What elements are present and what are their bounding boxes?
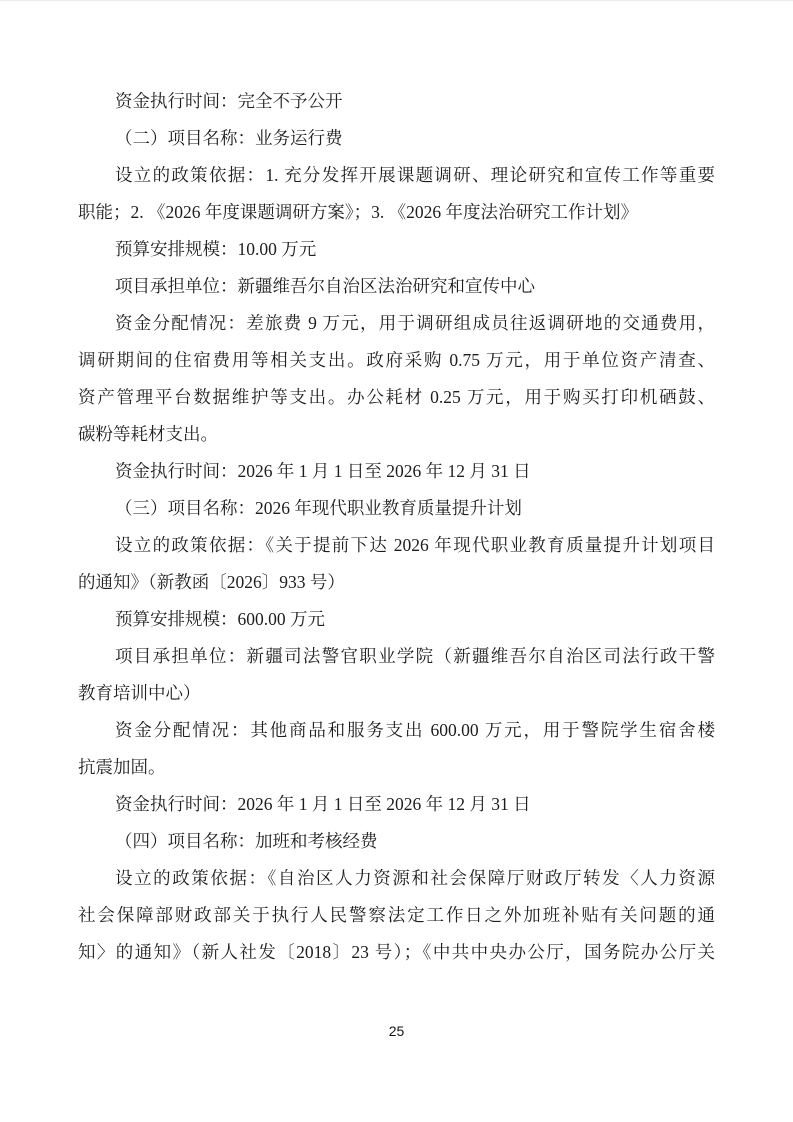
text-line: 的通知》（新教函〔2026〕933 号） xyxy=(78,564,715,601)
text-line: （三）项目名称：2026 年现代职业教育质量提升计划 xyxy=(78,490,715,527)
text-line: 预算安排规模：10.00 万元 xyxy=(78,231,715,268)
document-page: 资金执行时间：完全不予公开（二）项目名称：业务运行费设立的政策依据：1. 充分发… xyxy=(0,0,793,1122)
text-line: 教育培训中心） xyxy=(78,675,715,712)
text-line: 资金分配情况：其他商品和服务支出 600.00 万元，用于警院学生宿舍楼 xyxy=(78,712,715,749)
text-line: 资产管理平台数据维护等支出。办公耗材 0.25 万元，用于购买打印机硒鼓、 xyxy=(78,379,715,416)
text-line: 职能；2. 《2026 年度课题调研方案》；3. 《2026 年度法治研究工作计… xyxy=(78,194,715,231)
text-line: 设立的政策依据：1. 充分发挥开展课题调研、理论研究和宣传工作等重要 xyxy=(78,157,715,194)
text-line: 项目承担单位：新疆司法警官职业学院（新疆维吾尔自治区司法行政干警 xyxy=(78,638,715,675)
text-line: 预算安排规模：600.00 万元 xyxy=(78,601,715,638)
text-line: 资金执行时间：2026 年 1 月 1 日至 2026 年 12 月 31 日 xyxy=(78,453,715,490)
text-line: 设立的政策依据：《关于提前下达 2026 年现代职业教育质量提升计划项目 xyxy=(78,527,715,564)
document-body: 资金执行时间：完全不予公开（二）项目名称：业务运行费设立的政策依据：1. 充分发… xyxy=(78,83,715,971)
text-line: 社会保障部财政部关于执行人民警察法定工作日之外加班补贴有关问题的通 xyxy=(78,897,715,934)
text-line: 资金执行时间：2026 年 1 月 1 日至 2026 年 12 月 31 日 xyxy=(78,786,715,823)
text-line: 资金分配情况：差旅费 9 万元，用于调研组成员往返调研地的交通费用， xyxy=(78,305,715,342)
text-line: 设立的政策依据：《自治区人力资源和社会保障厅财政厅转发〈人力资源 xyxy=(78,860,715,897)
text-line: 抗震加固。 xyxy=(78,749,715,786)
text-line: 碳粉等耗材支出。 xyxy=(78,416,715,453)
text-line: （二）项目名称：业务运行费 xyxy=(78,120,715,157)
text-line: 资金执行时间：完全不予公开 xyxy=(78,83,715,120)
text-line: 项目承担单位：新疆维吾尔自治区法治研究和宣传中心 xyxy=(78,268,715,305)
page-number: 25 xyxy=(0,1023,793,1039)
text-line: （四）项目名称：加班和考核经费 xyxy=(78,823,715,860)
text-line: 调研期间的住宿费用等相关支出。政府采购 0.75 万元，用于单位资产清查、 xyxy=(78,342,715,379)
text-line: 知〉的通知》（新人社发〔2018〕23 号）；《中共中央办公厅，国务院办公厅关 xyxy=(78,934,715,971)
